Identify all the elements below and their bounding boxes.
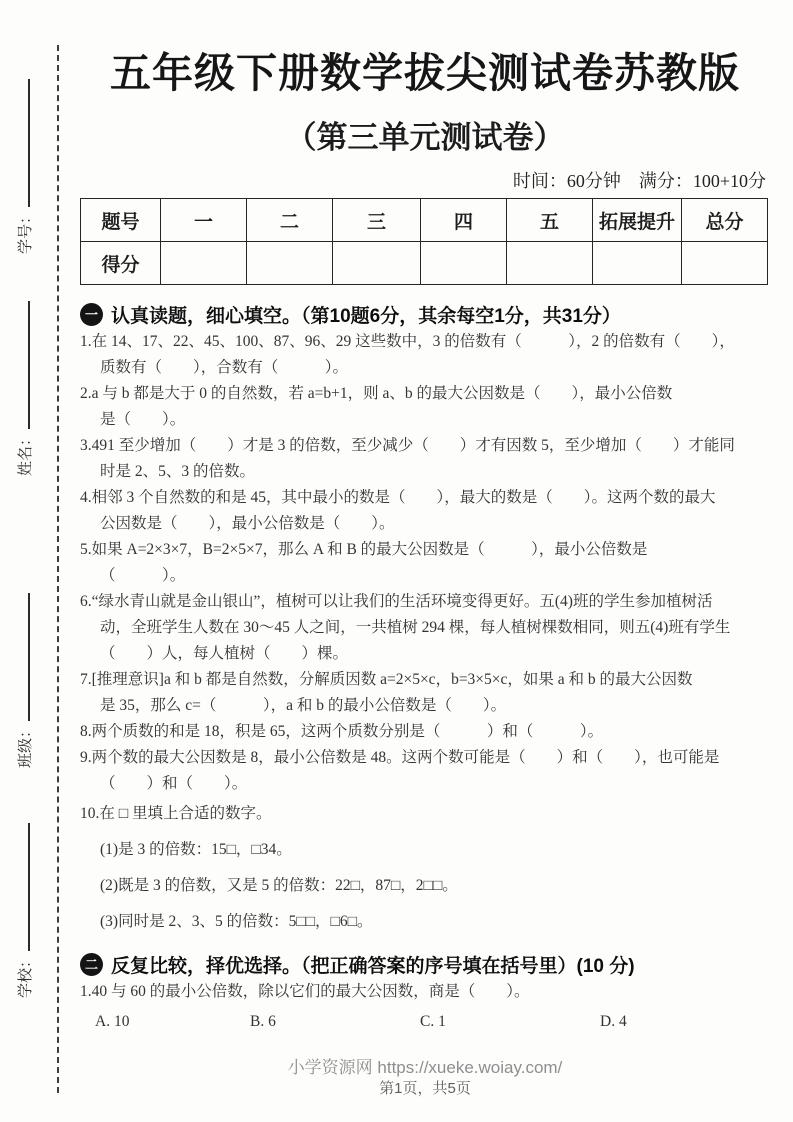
school-blank-line xyxy=(25,823,30,951)
question-9-line-1: 9.两个数的最大公因数是 8，最小公倍数是 48。这两个数可能是（ ）和（ ），… xyxy=(80,745,770,771)
question-6: 6.“绿水青山就是金山银山”，植树可以让我们的生活环境变得更好。五(4)班的学生… xyxy=(80,589,770,667)
section-two-question-1-line-1: 1.40 与 60 的最小公倍数，除以它们的最大公因数，商是（ ）。 xyxy=(80,979,770,1005)
class-label: 班级： xyxy=(17,723,34,768)
name-label: 姓名： xyxy=(17,431,34,476)
header-section-3: 三 xyxy=(333,199,421,242)
page-footer: 小学资源网 https://xueke.woiay.com/ 第1页，共5页 xyxy=(80,1057,770,1099)
main-content: 五年级下册数学拔尖测试卷苏教版 （第三单元测试卷） 时间：60分钟 满分：100… xyxy=(80,0,770,1099)
sidebar-field-student-id: 学号： xyxy=(14,79,35,254)
question-2-line-2: 是（ ）。 xyxy=(100,407,770,433)
section-two-badge-icon: 二 xyxy=(80,953,103,976)
option-b: B. 6 xyxy=(250,1009,420,1035)
school-label: 学校： xyxy=(17,953,34,998)
option-a: A. 10 xyxy=(95,1009,250,1035)
header-section-4: 四 xyxy=(421,199,507,242)
question-3-line-2: 时是 2、5、3 的倍数。 xyxy=(100,459,770,485)
section-one-badge-icon: 一 xyxy=(80,303,103,326)
question-7-line-1: 7.[推理意识]a 和 b 都是自然数，分解质因数 a=2×5×c，b=3×5×… xyxy=(80,667,770,693)
name-blank-line xyxy=(25,301,30,429)
section-two-question-1-options: A. 10 B. 6 C. 1 D. 4 xyxy=(80,1009,770,1035)
question-10-sub-3: (3)同时是 2、3、5 的倍数：5□□，□6□。 xyxy=(100,909,770,935)
exam-title: 五年级下册数学拔尖测试卷苏教版 xyxy=(80,44,770,102)
score-cell-empty xyxy=(507,242,593,285)
footer-site-url: 小学资源网 https://xueke.woiay.com/ xyxy=(80,1057,770,1079)
question-2: 2.a 与 b 都是大于 0 的自然数，若 a=b+1，则 a、b 的最大公因数… xyxy=(80,381,770,433)
score-cell-empty xyxy=(333,242,421,285)
section-two-title: 反复比较，择优选择。（把正确答案的序号填在括号里）(10 分) xyxy=(111,951,635,978)
question-5: 5.如果 A=2×3×7，B=2×5×7，那么 A 和 B 的最大公因数是（ ）… xyxy=(80,537,770,589)
score-cell-empty xyxy=(161,242,247,285)
option-d: D. 4 xyxy=(600,1009,627,1035)
question-6-line-3: （ ）人，每人植树（ ）棵。 xyxy=(100,641,770,667)
test-paper-page: 学号： 姓名： 班级： 学校： 五年级下册数学拔尖测试卷苏教版 （第三单元测试卷… xyxy=(0,0,793,1122)
question-8: 8.两个质数的和是 18，积是 65，这两个质数分别是（ ）和（ ）。 xyxy=(80,719,770,745)
sidebar-field-school: 学校： xyxy=(14,823,35,998)
exam-subtitle: （第三单元测试卷） xyxy=(80,116,770,160)
question-1-line-1: 1.在 14、17、22、45、100、87、96、29 这些数中，3 的倍数有… xyxy=(80,329,770,355)
section-one-title: 认真读题，细心填空。（第10题6分，其余每空1分，共31分） xyxy=(111,301,621,328)
question-7-line-2: 是 35，那么 c=（ ），a 和 b 的最小公倍数是（ ）。 xyxy=(100,693,770,719)
header-total: 总分 xyxy=(682,199,768,242)
score-table-header-row: 题号 一 二 三 四 五 拓展提升 总分 xyxy=(81,199,768,242)
question-3-line-1: 3.491 至少增加（ ）才是 3 的倍数，至少减少（ ）才有因数 5，至少增加… xyxy=(80,433,770,459)
option-c: C. 1 xyxy=(420,1009,600,1035)
question-6-line-1: 6.“绿水青山就是金山银山”，植树可以让我们的生活环境变得更好。五(4)班的学生… xyxy=(80,589,770,615)
section-two-question-1: 1.40 与 60 的最小公倍数，除以它们的最大公因数，商是（ ）。 xyxy=(80,979,770,1005)
score-table-score-row: 得分 xyxy=(81,242,768,285)
question-10: 10.在 □ 里填上合适的数字。 (1)是 3 的倍数：15□，□34。 (2)… xyxy=(80,801,770,935)
section-two-heading: 二 反复比较，择优选择。（把正确答案的序号填在括号里）(10 分) xyxy=(80,949,770,979)
score-table: 题号 一 二 三 四 五 拓展提升 总分 得分 xyxy=(80,198,768,285)
sidebar-field-name: 姓名： xyxy=(14,301,35,476)
question-1-line-2: 质数有（ ），合数有（ ）。 xyxy=(100,355,770,381)
footer-page-number: 第1页，共5页 xyxy=(80,1079,770,1099)
header-section-1: 一 xyxy=(161,199,247,242)
class-blank-line xyxy=(25,593,30,721)
question-4: 4.相邻 3 个自然数的和是 45，其中最小的数是（ ），最大的数是（ ）。这两… xyxy=(80,485,770,537)
header-extension: 拓展提升 xyxy=(593,199,682,242)
question-5-line-2: （ ）。 xyxy=(100,563,770,589)
score-row-label: 得分 xyxy=(81,242,161,285)
sidebar-field-class: 班级： xyxy=(14,593,35,768)
question-3: 3.491 至少增加（ ）才是 3 的倍数，至少减少（ ）才有因数 5，至少增加… xyxy=(80,433,770,485)
student-id-blank-line xyxy=(25,79,30,207)
question-10-sub-2: (2)既是 3 的倍数，又是 5 的倍数：22□，87□，2□□。 xyxy=(100,873,770,899)
header-section-5: 五 xyxy=(507,199,593,242)
header-section-2: 二 xyxy=(247,199,333,242)
question-9-line-2: （ ）和（ ）。 xyxy=(100,771,770,797)
sidebar-dashed-divider xyxy=(57,45,59,1093)
question-1: 1.在 14、17、22、45、100、87、96、29 这些数中，3 的倍数有… xyxy=(80,329,770,381)
header-question-number: 题号 xyxy=(81,199,161,242)
question-9: 9.两个数的最大公因数是 8，最小公倍数是 48。这两个数可能是（ ）和（ ），… xyxy=(80,745,770,797)
question-6-line-2: 动，全班学生人数在 30～45 人之间，一共植树 294 棵，每人植树棵数相同，… xyxy=(100,615,770,641)
question-10-head: 10.在 □ 里填上合适的数字。 xyxy=(80,801,770,827)
time-score-info: 时间：60分钟 满分：100+10分 xyxy=(80,169,770,193)
score-cell-empty xyxy=(682,242,768,285)
question-10-sub-1: (1)是 3 的倍数：15□，□34。 xyxy=(100,837,770,863)
question-8-line-1: 8.两个质数的和是 18，积是 65，这两个质数分别是（ ）和（ ）。 xyxy=(80,719,770,745)
score-cell-empty xyxy=(593,242,682,285)
question-5-line-1: 5.如果 A=2×3×7，B=2×5×7，那么 A 和 B 的最大公因数是（ ）… xyxy=(80,537,770,563)
question-2-line-1: 2.a 与 b 都是大于 0 的自然数，若 a=b+1，则 a、b 的最大公因数… xyxy=(80,381,770,407)
student-id-label: 学号： xyxy=(17,209,34,254)
question-4-line-1: 4.相邻 3 个自然数的和是 45，其中最小的数是（ ），最大的数是（ ）。这两… xyxy=(80,485,770,511)
question-4-line-2: 公因数是（ ），最小公倍数是（ ）。 xyxy=(100,511,770,537)
question-7: 7.[推理意识]a 和 b 都是自然数，分解质因数 a=2×5×c，b=3×5×… xyxy=(80,667,770,719)
score-cell-empty xyxy=(247,242,333,285)
score-cell-empty xyxy=(421,242,507,285)
section-one-heading: 一 认真读题，细心填空。（第10题6分，其余每空1分，共31分） xyxy=(80,299,770,329)
